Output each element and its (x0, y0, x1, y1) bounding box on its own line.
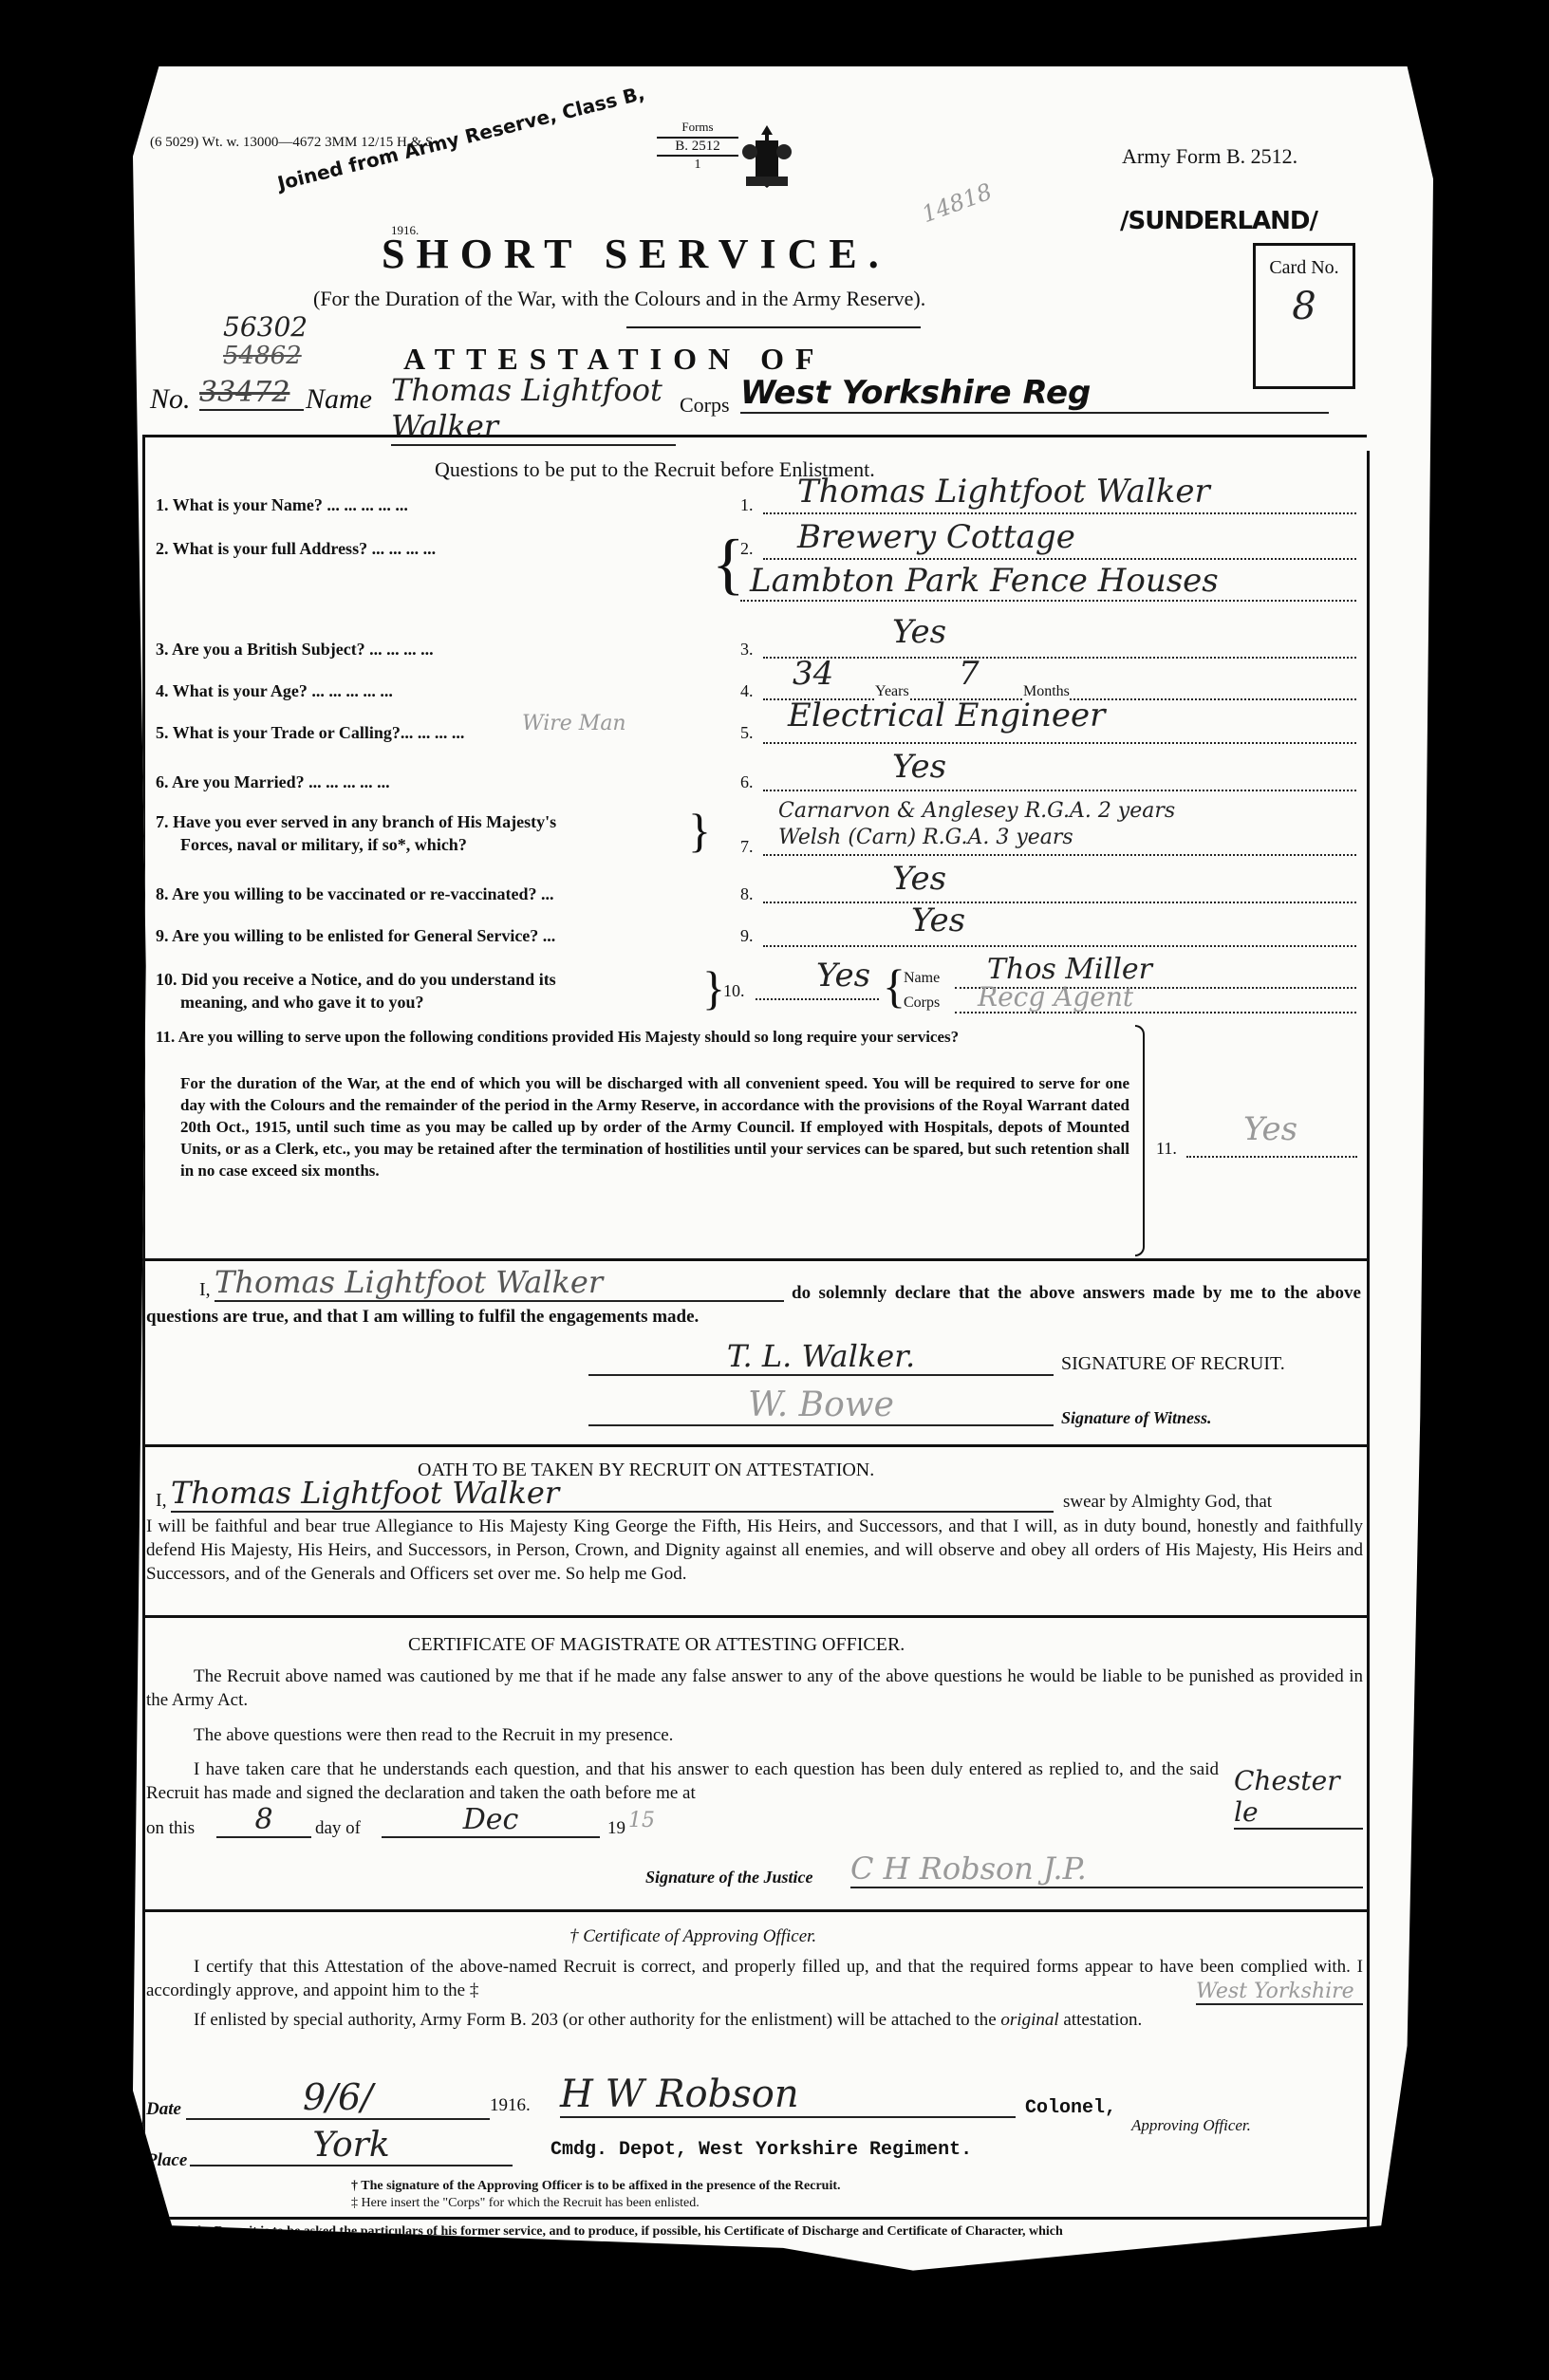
number-label: No. (150, 383, 191, 416)
date-label: Date (146, 2099, 181, 2120)
answer-line (763, 790, 1356, 791)
number-value: 33472 (199, 376, 304, 411)
officer-signature: H W Robson (560, 2073, 1016, 2118)
question-number: 9. (156, 926, 169, 945)
service-conditions: For the duration of the War, at the end … (180, 1072, 1129, 1181)
annotation-number: 14818 (919, 178, 996, 228)
question-number: 11. (156, 1028, 175, 1046)
answer-line (1186, 1156, 1357, 1158)
question-number: 1. (156, 495, 169, 514)
answer-line (763, 657, 1356, 659)
attestation-year: 15 (628, 1809, 655, 1832)
approval-year: 1916. (490, 2095, 531, 2116)
question-number: 4. (156, 681, 169, 700)
question-text: Did you receive a Notice, and do you und… (181, 970, 556, 989)
frame-top-rule (142, 435, 1367, 437)
sunderland-stamp: /SUNDERLAND/ (1120, 207, 1317, 235)
magistrate-para-3: I have taken care that he understands ea… (146, 1757, 1219, 1805)
answer-number: 6. (740, 772, 754, 792)
recruit-signature-label: SIGNATURE OF RECRUIT. (1061, 1353, 1285, 1375)
answer-line (763, 512, 1356, 514)
margin-note: Wire Man (522, 712, 626, 735)
notice-corps-value: Recg Agent (978, 981, 1133, 1013)
oath-prefix: I, (156, 1490, 167, 1512)
forms-sub: 1 (664, 158, 731, 173)
answer-number: 9. (740, 926, 754, 946)
attestation-place: Chester le (1234, 1765, 1363, 1830)
section-rule (142, 1444, 1367, 1447)
forms-label: Forms (664, 120, 731, 135)
declaration-text: do solemnly declare that the above answe… (146, 1281, 1361, 1329)
attestation-month: Dec (382, 1803, 600, 1838)
on-this-label: on this (146, 1818, 195, 1839)
question-text: What is your Age? ... ... ... ... ... (173, 681, 393, 700)
question-number: 5. (156, 723, 169, 742)
question-text: Have you ever served in any branch of Hi… (173, 812, 556, 831)
magistrate-para-1: The Recruit above named was cautioned by… (146, 1664, 1363, 1712)
approval-date: 9/6/ (186, 2076, 490, 2120)
answer-conditions: Yes (1243, 1110, 1297, 1148)
approving-para-2: If enlisted by special authority, Army F… (146, 2008, 1363, 2032)
brace: } (688, 807, 711, 854)
answer-service-line-2: Welsh (Carn) R.G.A. 3 years (778, 826, 1073, 849)
question-number: 6. (156, 772, 169, 791)
answer-british-subject: Yes (892, 613, 946, 651)
attestation-day: 8 (216, 1803, 311, 1838)
section-rule (142, 1258, 1367, 1261)
answer-line (763, 945, 1356, 947)
brace: { (883, 962, 905, 1010)
forms-number: B. 2512 (657, 137, 738, 157)
question-text: Are you willing to be vaccinated or re-v… (172, 884, 553, 903)
answer-line (763, 902, 1356, 903)
oath-text-first: swear by Almighty God, that (1063, 1492, 1272, 1513)
frame-left-rule (142, 435, 145, 2314)
approving-heading: † Certificate of Approving Officer. (569, 1926, 816, 1947)
question-number: 7. (156, 812, 169, 831)
question-number: 8. (156, 884, 169, 903)
corps-value: West Yorkshire Reg (740, 374, 1329, 414)
question-text-continued: Forces, naval or military, if so*, which… (180, 835, 467, 855)
answer-age-months: 7 (959, 655, 980, 693)
answer-address-line-2: Lambton Park Fence Houses (750, 562, 1219, 600)
question-text: What is your Trade or Calling?... ... ..… (173, 723, 465, 742)
brace (1135, 1025, 1145, 1256)
answer-number: 1. (740, 495, 754, 515)
answer-line (763, 854, 1356, 856)
approving-officer-label: Approving Officer. (1131, 2116, 1251, 2135)
question-text: Are you willing to serve upon the follow… (178, 1028, 960, 1046)
depot-stamp: Cmdg. Depot, West Yorkshire Regiment. (551, 2139, 972, 2161)
answer-notice: Yes (816, 957, 870, 995)
royal-crest-icon (740, 121, 793, 192)
answer-number: 4. (740, 681, 754, 701)
card-value: 8 (1256, 285, 1353, 328)
question-text: Are you willing to be enlisted for Gener… (172, 926, 555, 945)
answer-line (763, 558, 1356, 560)
bottom-note-line-2: should be returned to him conspicuously … (171, 2243, 657, 2259)
brace: } (702, 964, 725, 1012)
justice-signature: C H Robson J.P. (850, 1850, 1363, 1888)
answer-vaccinated: Yes (892, 860, 946, 898)
appointed-corps: West Yorkshire (1196, 1980, 1363, 2005)
answer-number: 5. (740, 723, 754, 743)
answer-line (763, 742, 1356, 744)
place-label: Place (146, 2150, 187, 2171)
approving-para-1: I certify that this Attestation of the a… (146, 1955, 1363, 2002)
answer-number: 2. (740, 539, 754, 559)
army-form-label: Army Form B. 2512. (1122, 144, 1297, 169)
answer-number: 10. (723, 981, 745, 1001)
card-number-box: Card No. 8 (1253, 243, 1355, 389)
question-text-continued: meaning, and who gave it to you? (180, 993, 424, 1013)
answer-service-line-1: Carnarvon & Anglesey R.G.A. 2 years (778, 799, 1175, 823)
answer-trade: Electrical Engineer (788, 697, 1105, 734)
question-number: 2. (156, 539, 169, 558)
frame-right-rule (1367, 451, 1370, 2311)
regimental-number-new: 56302 (223, 311, 308, 343)
regimental-number-struck: 54862 (223, 342, 302, 370)
question-number: 10. (156, 970, 177, 989)
section-rule (142, 1909, 1367, 1912)
answer-number: 11. (1156, 1139, 1177, 1159)
attestation-form-page: (6 5029) Wt. w. 13000—4672 3MM 12/15 H &… (133, 66, 1433, 2315)
card-label: Card No. (1256, 257, 1353, 279)
footnote-corps: ‡ Here insert the "Corps" for which the … (351, 2196, 700, 2211)
corps-label: Corps (680, 393, 730, 418)
oath-text: I will be faithful and bear true Allegia… (146, 1515, 1363, 1586)
notice-name-label: Name (904, 970, 940, 987)
form-subtitle: (For the Duration of the War, with the C… (313, 287, 925, 311)
answer-address-line-1: Brewery Cottage (797, 518, 1075, 556)
bottom-note-line-1: * If so, the Recruit is to be asked the … (152, 2224, 1063, 2240)
bottom-note-regiment: (Regiment) (190, 2262, 253, 2278)
magistrate-para-2: The above questions were then read to th… (194, 1723, 1333, 1747)
answer-general-service: Yes (911, 902, 965, 939)
form-title: SHORT SERVICE. (382, 230, 890, 278)
recruit-signature: T. L. Walker. (588, 1338, 1054, 1376)
answer-number: 3. (740, 640, 754, 660)
answer-line (740, 600, 1356, 602)
name-label: Name (306, 383, 372, 416)
question-text: What is your full Address? ... ... ... .… (173, 539, 436, 558)
witness-signature-label: Signature of Witness. (1061, 1408, 1212, 1428)
title-rule (626, 326, 921, 328)
justice-label: Signature of the Justice (645, 1868, 813, 1887)
answer-number: 8. (740, 884, 754, 904)
section-rule (142, 1615, 1367, 1618)
footnote-signature: † The signature of the Approving Officer… (351, 2179, 841, 2194)
answer-number: 7. (740, 837, 754, 857)
answer-married: Yes (892, 748, 946, 786)
day-of-label: day of (315, 1818, 361, 1839)
officer-rank: Colonel, (1025, 2097, 1116, 2119)
question-text: Are you a British Subject? ... ... ... .… (172, 640, 434, 659)
answer-age-years: 34 (793, 655, 833, 693)
question-text: What is your Name? ... ... ... ... ... (173, 495, 408, 514)
bottom-note-date: on the (Date) (693, 2276, 767, 2291)
section-rule (142, 2217, 1367, 2220)
question-text: Are you Married? ... ... ... ... ... (172, 772, 390, 791)
witness-signature: W. Bowe (588, 1385, 1054, 1426)
magistrate-heading: CERTIFICATE OF MAGISTRATE OR ATTESTING O… (408, 1634, 905, 1656)
answer-name: Thomas Lightfoot Walker (797, 473, 1210, 511)
answer-line (756, 998, 879, 1000)
year-prefix: 19 (607, 1818, 625, 1839)
question-number: 3. (156, 640, 169, 659)
approval-place: York (190, 2126, 513, 2166)
notice-corps-label: Corps (904, 995, 940, 1012)
oath-name: Thomas Lightfoot Walker (171, 1475, 1054, 1513)
